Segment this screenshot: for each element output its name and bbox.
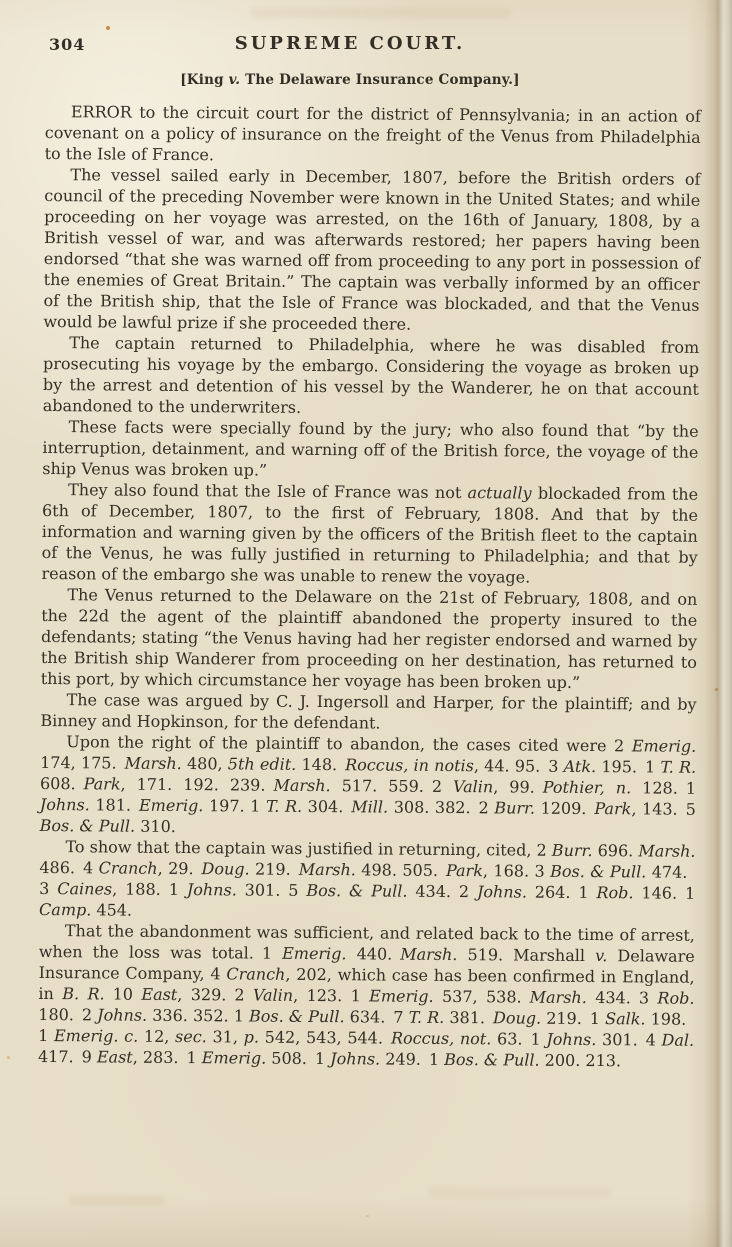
- italic-text: Johns.: [97, 1005, 147, 1024]
- italic-text: B. R.: [62, 984, 105, 1003]
- paragraph-citations-abandon: Upon the right of the plaintiff to aband…: [40, 731, 697, 841]
- italic-text: Marsh.: [299, 860, 356, 879]
- italic-text: Bos. & Pull.: [550, 862, 646, 882]
- case-report-body: ERROR to the circuit court for the distr…: [38, 101, 701, 1072]
- ink-bleedthrough: [430, 1188, 610, 1198]
- page-title: SUPREME COURT.: [0, 33, 700, 54]
- italic-text: actually: [468, 483, 532, 502]
- italic-text: Salk.: [605, 1009, 646, 1028]
- italic-text: T. R.: [409, 1008, 445, 1027]
- italic-text: 5th edit.: [228, 754, 297, 774]
- italic-text: Park: [446, 861, 483, 880]
- italic-text: Camp.: [39, 900, 91, 919]
- italic-text: Roccus, in notis: [345, 755, 474, 775]
- paragraph-captain-return: The captain returned to Philadelphia, wh…: [43, 332, 700, 421]
- italic-text: Emerig.: [632, 736, 697, 755]
- italic-text: Rob.: [657, 989, 694, 1008]
- italic-text: Park: [84, 774, 121, 793]
- paragraph-voyage-facts: The vessel sailed early in December, 180…: [43, 164, 700, 337]
- italic-text: Bos. & Pull.: [306, 881, 407, 901]
- paragraph-counsel: The case was argued by C. J. Ingersoll a…: [40, 689, 696, 736]
- italic-text: p.: [244, 1027, 259, 1046]
- italic-text: Cranch: [99, 858, 158, 877]
- italic-text: Johns.: [187, 880, 237, 899]
- paragraph-abandonment: The Venus returned to the Delaware on th…: [41, 584, 698, 694]
- italic-text: Emerig.: [139, 796, 204, 815]
- paper-speck: [715, 688, 718, 691]
- page-header: 304 SUPREME COURT.: [0, 33, 700, 59]
- italic-text: Marsh.: [530, 988, 587, 1007]
- ink-bleedthrough: [250, 8, 510, 18]
- italic-text: Cranch: [226, 964, 285, 983]
- paragraph-jury-findings: These facts were specially found by the …: [42, 416, 698, 484]
- italic-text: Marsh.: [638, 841, 695, 860]
- italic-text: Emerig.: [282, 944, 347, 963]
- italic-text: Johns.: [477, 882, 527, 901]
- italic-text: Johns.: [546, 1030, 596, 1049]
- italic-text: c.: [124, 1027, 138, 1046]
- paper-speck: [106, 26, 110, 30]
- paper-speck: [366, 1215, 369, 1217]
- paragraph-blockade-finding: They also found that the Isle of France …: [41, 479, 698, 589]
- case-caption: [King v. The Delaware Insurance Company.…: [0, 72, 700, 88]
- italic-text: Atk.: [564, 757, 597, 776]
- paragraph-citations-sufficiency: That the abandonment was sufficient, and…: [38, 920, 695, 1072]
- italic-text: Johns.: [40, 795, 90, 814]
- italic-text: Caines: [57, 879, 112, 898]
- italic-text: v.: [595, 946, 607, 965]
- italic-text: Doug.: [202, 859, 250, 878]
- italic-text: Marsh.: [400, 945, 457, 964]
- italic-text: Emerig.: [202, 1048, 267, 1067]
- italic-text: East: [97, 1047, 133, 1066]
- page-number: 304: [49, 35, 85, 54]
- paragraph-citations-returning: To show that the captain was justified i…: [39, 836, 696, 925]
- italic-text: East: [141, 985, 177, 1004]
- italic-text: Burr.: [552, 841, 593, 860]
- ink-bleedthrough: [70, 1196, 165, 1205]
- italic-text: Emerig.: [54, 1026, 119, 1045]
- italic-text: Marsh.: [273, 776, 330, 795]
- italic-text: v.: [229, 72, 241, 88]
- italic-text: T. R.: [660, 758, 696, 777]
- italic-text: Valin: [253, 986, 293, 1005]
- italic-text: Burr.: [494, 798, 535, 817]
- italic-text: Bos. & Pull.: [249, 1007, 345, 1027]
- italic-text: Valin: [453, 777, 493, 796]
- italic-text: Emerig.: [369, 986, 434, 1005]
- italic-text: Bos. & Pull.: [40, 816, 136, 836]
- scanned-page: 304 SUPREME COURT. [King v. The Delaware…: [0, 0, 732, 1247]
- italic-text: Roccus, not.: [391, 1029, 492, 1049]
- paragraph-error-statement: ERROR to the circuit court for the distr…: [45, 101, 701, 169]
- italic-text: Rob.: [596, 883, 633, 902]
- italic-text: Bos. & Pull.: [444, 1050, 540, 1070]
- italic-text: Dal.: [662, 1031, 695, 1050]
- italic-text: Mill.: [351, 797, 388, 816]
- italic-text: T. R.: [266, 797, 302, 816]
- italic-text: Marsh.: [125, 754, 182, 773]
- italic-text: Doug.: [493, 1008, 541, 1027]
- italic-text: Pothier, n.: [543, 778, 632, 798]
- italic-text: Johns.: [330, 1049, 380, 1068]
- italic-text: sec.: [175, 1027, 207, 1046]
- paper-speck: [7, 1056, 10, 1059]
- italic-text: Park: [594, 799, 631, 818]
